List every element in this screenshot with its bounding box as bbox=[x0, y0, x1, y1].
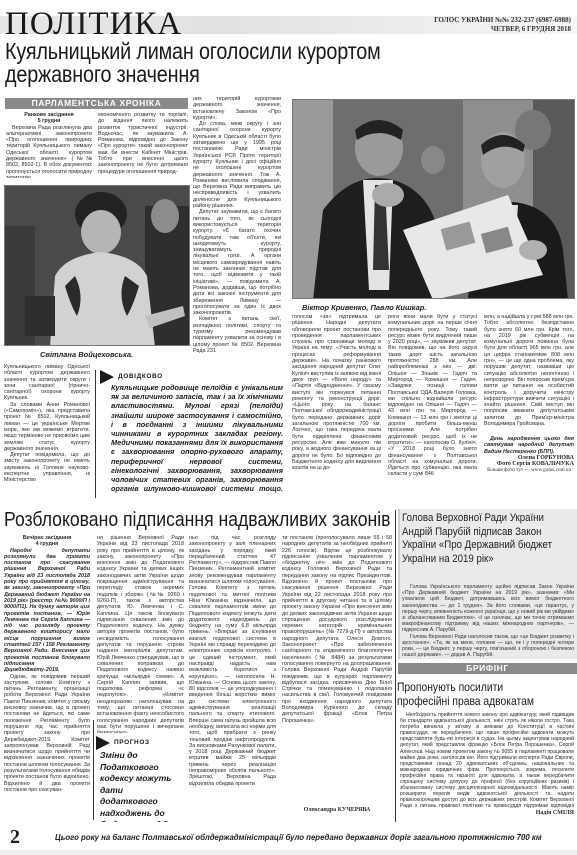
date-line: ЧЕТВЕР, 6 ГРУДНЯ 2018 bbox=[434, 25, 571, 34]
column-divider bbox=[395, 510, 396, 822]
lead-paragraph: Народні депутати розглянули два проекти … bbox=[4, 548, 90, 674]
news-box-text: Голова Українського парламенту щойно під… bbox=[402, 584, 574, 658]
paragraph: За словами Анни Романової («Самопоміч»),… bbox=[4, 402, 90, 452]
article2-column-1: Вечірнє засідання 4 грудня Народні депут… bbox=[4, 535, 90, 825]
rubric-parliament-chronicle: ПАРЛАМЕНТСЬКА ХРОНІКА bbox=[5, 98, 188, 109]
two-men-newspaper-photo-icon bbox=[293, 100, 575, 299]
article1-column-4: голосом «за» підтримала це рішення. Наро… bbox=[292, 314, 381, 502]
article1-column-5: роги вони мали бути у статусі комунальни… bbox=[388, 314, 477, 502]
paragraph: Комітет з питань сім'ї, молодіжної політ… bbox=[193, 316, 281, 354]
author-signature: Надія СМІЛЯ bbox=[400, 810, 574, 816]
triangle-marker-icon bbox=[96, 736, 110, 750]
paragraph: ньо під час розгляду законопроекту у зал… bbox=[189, 535, 276, 787]
section-title: ПОЛІТИКА bbox=[5, 8, 182, 41]
paragraph: них територій курортами державного значе… bbox=[193, 96, 281, 121]
paragraph: Куяльницького лиману Одеської області ку… bbox=[4, 364, 90, 402]
prognoz-label: ПРОГНОЗ bbox=[114, 739, 150, 746]
briefing-title: Пропонують посилити професійні права адв… bbox=[397, 680, 550, 708]
paragraph: Голова Верховної Ради наголосив також, щ… bbox=[402, 634, 574, 658]
more-photos-link[interactable]: Більше фото тут — www.golos.com.ua bbox=[484, 467, 574, 473]
article2-column-2: ня рішення Верховної Ради України від 23… bbox=[97, 535, 184, 733]
paragraph: млн, а надійшла у сумі 588 млн грн. Тобт… bbox=[484, 314, 574, 436]
paragraph: До слова, межі округу і зон санітарної о… bbox=[193, 121, 281, 209]
column-divider bbox=[95, 370, 96, 498]
article2-column-4: ти постанов (проголосувало лише 55 і 58 … bbox=[282, 535, 392, 825]
issue-line: ГОЛОС УКРАЇНИ №№ 232-237 (6987-6988) bbox=[434, 16, 571, 25]
bottom-band bbox=[0, 850, 577, 855]
photo2-caption: Віктор Кривенко, Павло Кишкар. bbox=[302, 303, 426, 312]
rubric-briefing: БРИФІНГ bbox=[398, 663, 577, 674]
paragraph: Голова Українського парламенту щойно під… bbox=[402, 584, 574, 634]
issue-info: ГОЛОС УКРАЇНИ №№ 232-237 (6987-6988) ЧЕТ… bbox=[434, 16, 571, 34]
dovidkovo-text: Куяльницьке родовище пелоїдів є унікальн… bbox=[111, 383, 283, 493]
photo1-caption: Світлана Войцеховська. bbox=[40, 350, 133, 359]
article1-column-1: Ранкове засідання 5 грудня Верховна Рада… bbox=[6, 112, 92, 178]
article2-headline: Розблоковано підписання надважливих зако… bbox=[4, 510, 391, 530]
page-number: 2 bbox=[10, 826, 20, 849]
masthead: ПОЛІТИКА ГОЛОС УКРАЇНИ №№ 232-237 (6987-… bbox=[0, 12, 577, 36]
briefing-text: Необхідність прийняття нового закону про… bbox=[400, 712, 574, 822]
article1-column-6: млн, а надійшла у сумі 588 млн грн. Тобт… bbox=[484, 314, 574, 504]
paragraph: економічного розвитку та торгівлі, до ві… bbox=[98, 112, 188, 175]
paragraph: Однак, як повідомив перший заступник гол… bbox=[4, 674, 90, 794]
article2-column-3: ньо під час розгляду законопроекту у зал… bbox=[189, 535, 276, 825]
article1-column-2: економічного розвитку та торгівлі, до ві… bbox=[98, 112, 188, 178]
photo-svitlana-voitsekhovska bbox=[4, 185, 190, 346]
column-divider bbox=[93, 720, 94, 820]
dovidkovo-label: ДОВІДКОВО bbox=[118, 373, 163, 380]
birthday-note: День народження цього дня святкував наро… bbox=[484, 436, 574, 455]
person-photo-icon bbox=[5, 186, 190, 346]
paragraph: Необхідність прийняття нового закону про… bbox=[400, 712, 574, 810]
article1-headline: Куяльницький лиман оголосили курортом де… bbox=[5, 40, 401, 86]
photo-kryvenko-kyshkar bbox=[292, 99, 575, 299]
newspaper-page: ПОЛІТИКА ГОЛОС УКРАЇНИ №№ 232-237 (6987-… bbox=[0, 0, 577, 855]
footer-pull-quote: Цього року на баланс Полтавської облдерж… bbox=[55, 832, 542, 842]
news-box-title: Голова Верховної Ради України Андрій Пар… bbox=[402, 512, 556, 566]
paragraph: голосом «за» підтримала це рішення. Наро… bbox=[292, 314, 381, 471]
paragraph: ти постанов (проголосувало лише 55 і 58 … bbox=[282, 535, 392, 807]
triangle-marker-icon bbox=[100, 370, 114, 384]
paragraph: ня рішення Верховної Ради України від 23… bbox=[97, 535, 184, 733]
paragraph: Верховна Рада розглянула два альтернатив… bbox=[6, 125, 92, 178]
article1-column-1b: Куяльницького лиману Одеської області ку… bbox=[4, 364, 90, 502]
prognoz-text: Зміни до Податкового кодексу можуть дати… bbox=[100, 750, 182, 822]
paragraph: Депутат зауважила, що є багато питань до… bbox=[193, 209, 281, 316]
author-signature: Олександра КУЧЕРЯВА bbox=[282, 807, 392, 813]
paragraph: роги вони мали бути у статусі комунальни… bbox=[388, 314, 477, 478]
article1-column-3: них територій курортами державного значе… bbox=[193, 96, 281, 372]
paragraph: Депутат повідомила, що до змісту законоп… bbox=[4, 452, 90, 483]
